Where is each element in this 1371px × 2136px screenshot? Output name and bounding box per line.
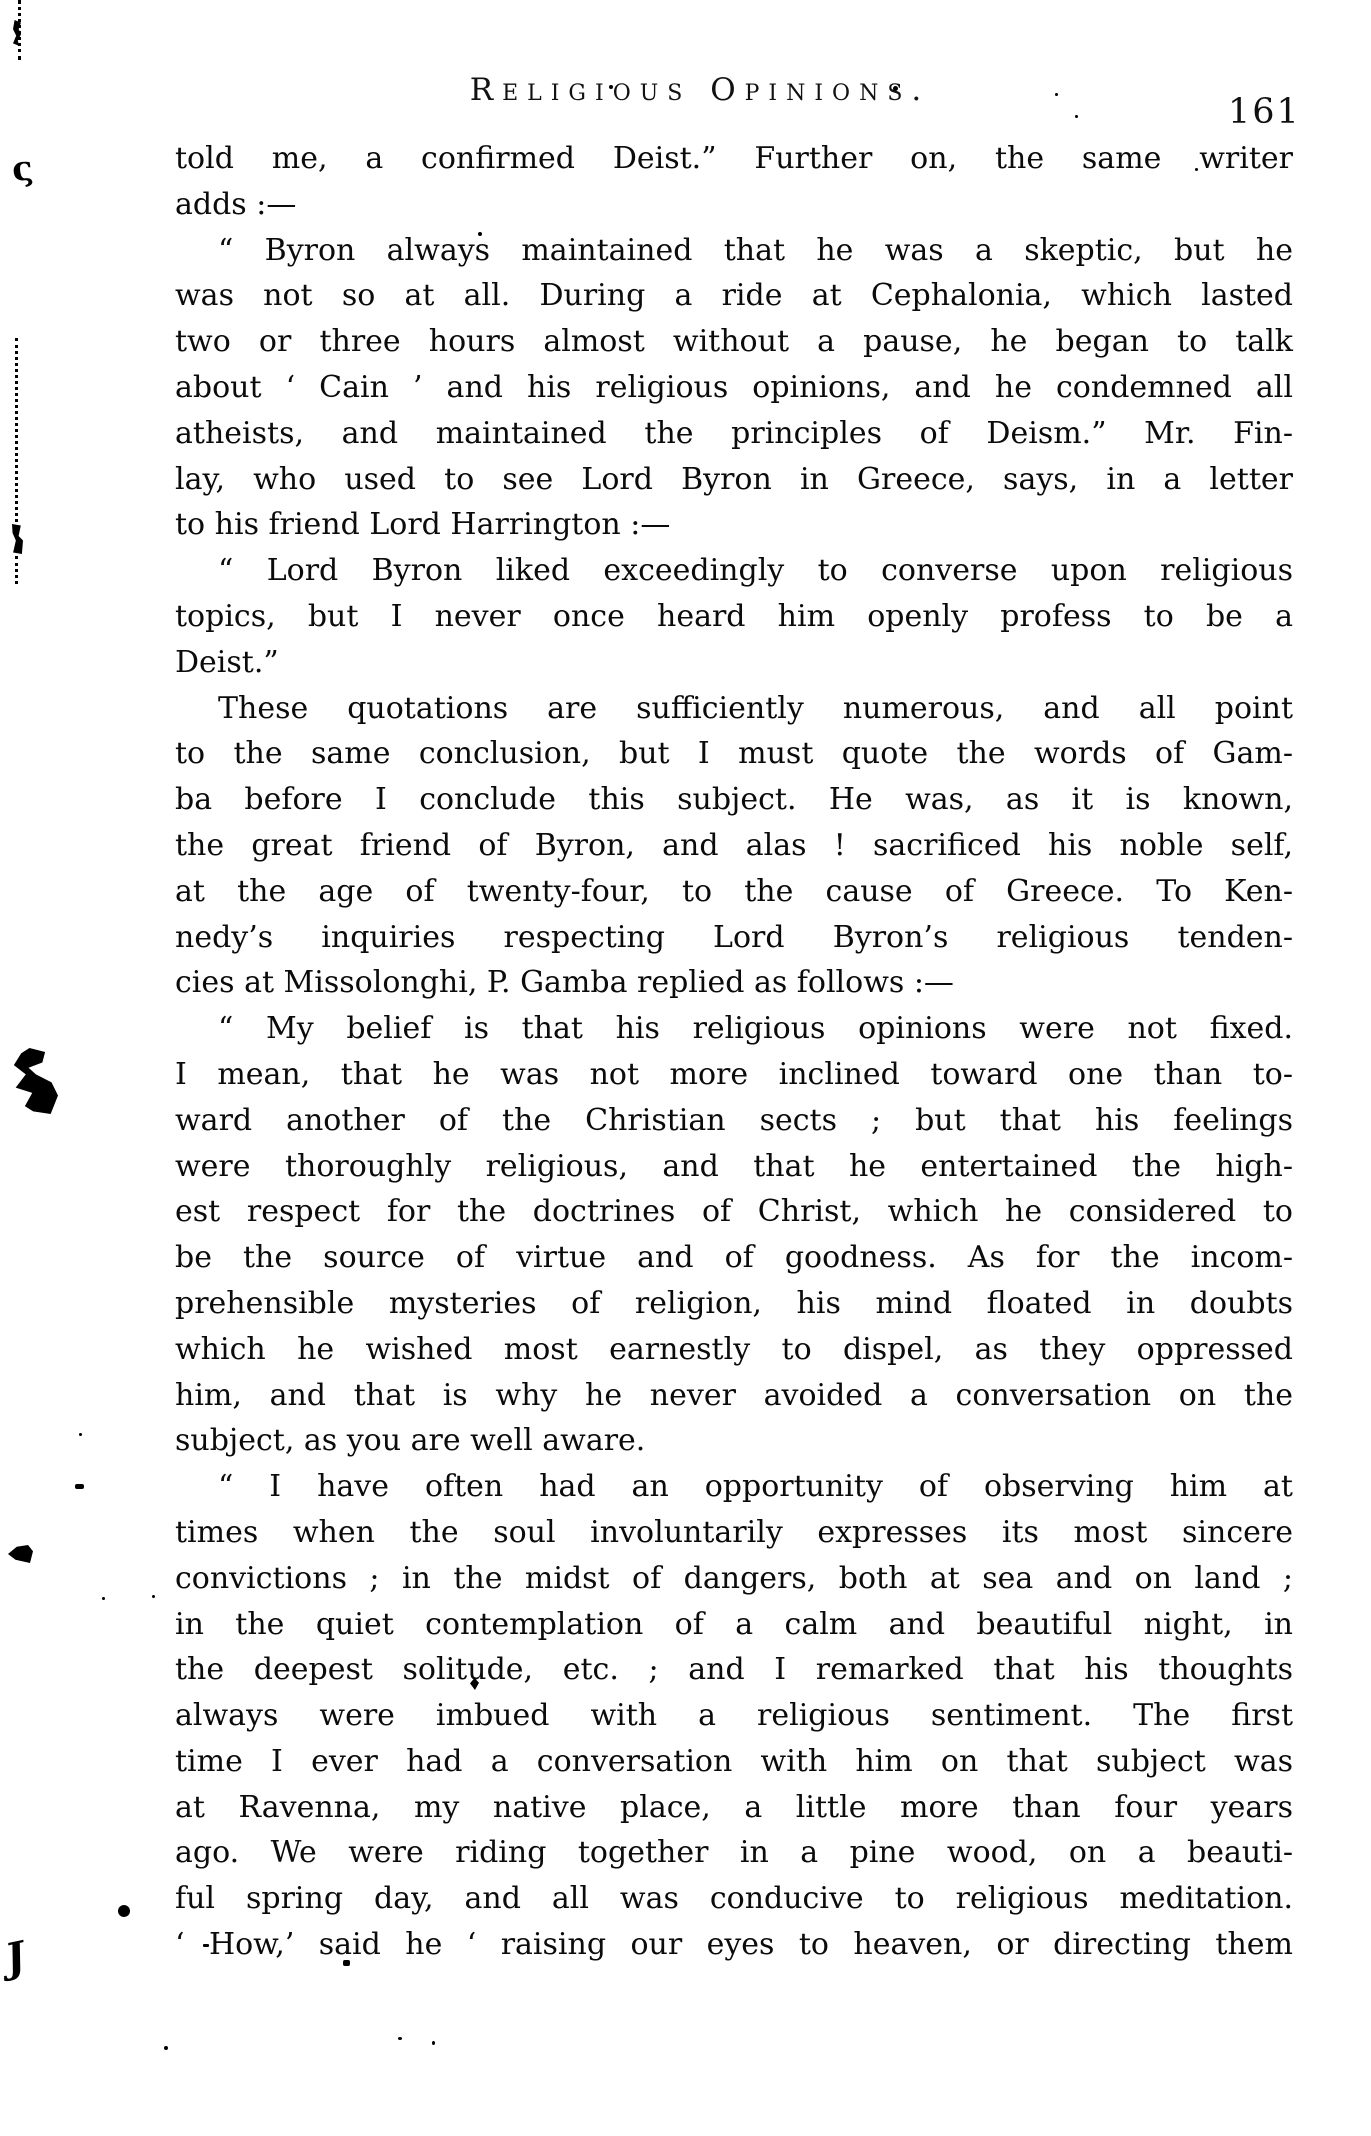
text-line: about ‘ Cain ’ and his religious opinion…: [175, 365, 1293, 411]
text-line: time I ever had a conversation with him …: [175, 1739, 1293, 1785]
text-line: I mean, that he was not more inclined to…: [175, 1052, 1293, 1098]
text-line: “ Byron always maintained that he was a …: [175, 228, 1293, 274]
text-line: him, and that is why he never avoided a …: [175, 1373, 1293, 1419]
text-line: cies at Missolonghi, P. Gamba replied as…: [175, 960, 1293, 1006]
text-line: two or three hours almost without a paus…: [175, 319, 1293, 365]
text-line: told me, a confirmed Deist.” Further on,…: [175, 136, 1293, 182]
text-line: times when the soul involuntarily expres…: [175, 1510, 1293, 1556]
text-line: ago. We were riding together in a pine w…: [175, 1830, 1293, 1876]
text-line: ward another of the Christian sects ; bu…: [175, 1098, 1293, 1144]
ink-splotch-artifact: [12, 1048, 58, 1114]
text-line: was not so at all. During a ride at Ceph…: [175, 273, 1293, 319]
text-line: atheists, and maintained the principles …: [175, 411, 1293, 457]
text-line: which he wished most earnestly to dispel…: [175, 1327, 1293, 1373]
ink-speck-artifact: [79, 1433, 82, 1436]
page-number: 161: [1228, 92, 1301, 132]
scanned-book-page: Religious Opinions. 161 told me, a confi…: [0, 0, 1371, 2136]
text-line: convictions ; in the midst of dangers, b…: [175, 1556, 1293, 1602]
ink-speck-artifact: [893, 86, 898, 91]
ink-speck-artifact: [398, 2037, 402, 2040]
text-line: be the source of virtue and of goodness.…: [175, 1235, 1293, 1281]
ink-dot-artifact: [118, 1905, 130, 1917]
ink-speck-artifact: [102, 1597, 105, 1600]
text-line: ful spring day, and all was conducive to…: [175, 1876, 1293, 1922]
text-line: “ I have often had an opportunity of obs…: [175, 1464, 1293, 1510]
text-line: adds :—: [175, 182, 1293, 228]
text-line: the great friend of Byron, and alas ! sa…: [175, 823, 1293, 869]
text-line: These quotations are sufficiently numero…: [175, 686, 1293, 732]
ink-dotted-line-artifact: [15, 338, 18, 528]
text-line: lay, who used to see Lord Byron in Greec…: [175, 457, 1293, 503]
ink-hook-artifact: ς: [10, 151, 35, 188]
ink-speck-artifact: [343, 1960, 350, 1966]
text-line: “ Lord Byron liked exceedingly to conver…: [175, 548, 1293, 594]
ink-speck-artifact: [432, 2041, 435, 2045]
ink-speck-artifact: [1195, 168, 1198, 171]
text-line: in the quiet contemplation of a calm and…: [175, 1602, 1293, 1648]
ink-speck-artifact: [152, 1595, 155, 1598]
text-line: est respect for the doctrines of Christ,…: [175, 1189, 1293, 1235]
ink-smudge-artifact: [8, 1545, 33, 1563]
text-line: Deist.”: [175, 640, 1293, 686]
ink-speck-artifact: [164, 2046, 168, 2050]
text-line: to his friend Lord Harrington :—: [175, 502, 1293, 548]
text-line: ba before I conclude this subject. He wa…: [175, 777, 1293, 823]
text-line: always were imbued with a religious sent…: [175, 1693, 1293, 1739]
text-line: to the same conclusion, but I must quote…: [175, 731, 1293, 777]
ink-speck-artifact: [203, 1944, 209, 1947]
text-line: were thoroughly religious, and that he e…: [175, 1144, 1293, 1190]
text-line: subject, as you are well aware.: [175, 1418, 1293, 1464]
text-line: prehensible mysteries of religion, his m…: [175, 1281, 1293, 1327]
text-line: topics, but I never once heard him openl…: [175, 594, 1293, 640]
text-line: the deepest solitude, etc. ; and I remar…: [175, 1647, 1293, 1693]
text-line: nedy’s inquiries respecting Lord Byron’s…: [175, 915, 1293, 961]
ink-dotted-line-artifact: [15, 556, 18, 584]
text-line: “ My belief is that his religious opinio…: [175, 1006, 1293, 1052]
ink-speck-artifact: [1055, 93, 1058, 96]
ink-speck-artifact: [1075, 115, 1078, 118]
text-line: at Ravenna, my native place, a little mo…: [175, 1785, 1293, 1831]
ink-speck-artifact: [75, 1484, 84, 1489]
running-title: Religious Opinions.: [360, 70, 1040, 110]
ink-j-artifact: J: [2, 1936, 29, 1979]
ink-speck-artifact: [478, 232, 482, 236]
text-block: told me, a confirmed Deist.” Further on,…: [175, 136, 1293, 1968]
ink-smudge-artifact: [12, 524, 23, 554]
ink-speck-artifact: [609, 85, 613, 89]
text-line: at the age of twenty-four, to the cause …: [175, 869, 1293, 915]
